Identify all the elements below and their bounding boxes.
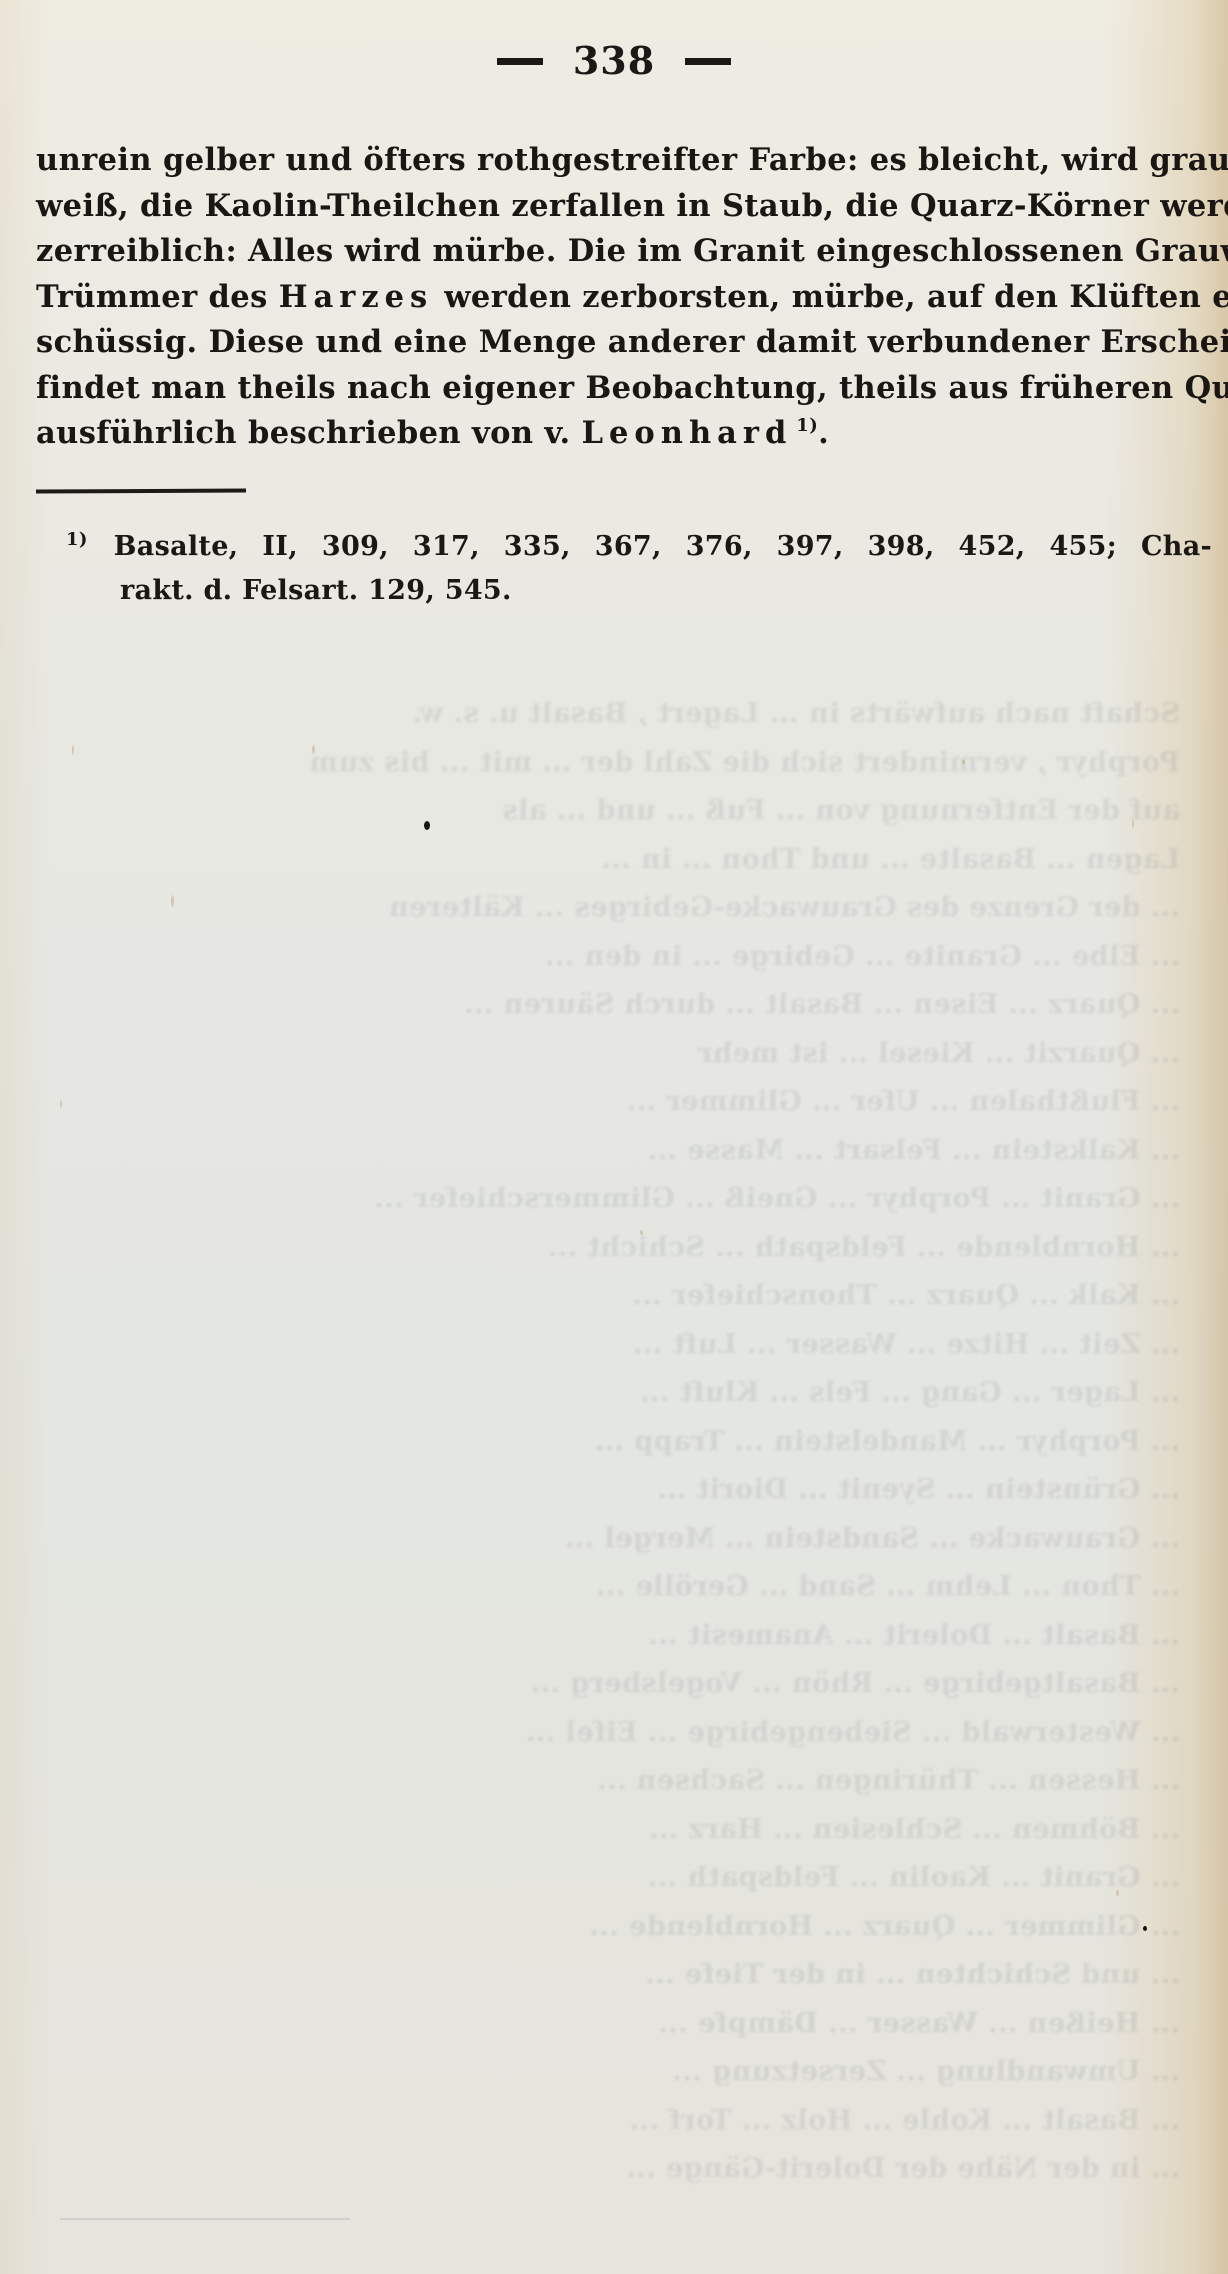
header-dash-right [685,58,731,65]
body-line-2: weiß, die Kaolin-Theilchen zerfallen in … [36,184,1212,230]
body-line-7-start: ausführlich beschrieben von v. [36,415,582,451]
body-line-4-start: Trümmer des [36,279,279,315]
body-line-4-end: werden zerborsten, mürbe, auf den Klüfte… [433,279,1228,315]
page-number: 338 [573,38,655,83]
body-line-7-end: . [818,415,829,451]
footnote: 1) Basalte, II, 309, 317, 335, 367, 376,… [66,518,1212,613]
footnote-reference: 1) [796,415,818,436]
body-paragraph: unrein gelber und öfters rothgestreifter… [36,138,1212,457]
body-line-1: unrein gelber und öfters rothgestreifter… [36,138,1212,184]
footnote-separator-rule [36,488,246,493]
footnote-line-1: 1) Basalte, II, 309, 317, 335, 367, 376,… [66,518,1212,569]
ink-speck [424,821,430,830]
page-header: 338 [0,38,1228,83]
body-line-6: findet man theils nach eigener Beobachtu… [36,366,1212,412]
body-line-3: zerreiblich: Alles wird mürbe. Die im Gr… [36,229,1212,275]
footnote-line-1-text: Basalte, II, 309, 317, 335, 367, 376, 39… [114,531,1212,562]
ink-speck [1143,1926,1147,1931]
scanned-book-page: Schaft nach aufwärts in ... Lagert , Bas… [0,0,1228,2274]
body-line-4: Trümmer des Harzes werden zerborsten, mü… [36,275,1212,321]
footnote-marker: 1) [66,529,88,550]
body-line-7: ausführlich beschrieben von v. Leonhard1… [36,411,1212,457]
emphasized-name-harzes: Harzes [279,279,434,315]
header-dash-left [497,58,543,65]
footnote-line-2: rakt. d. Felsart. 129, 545. [66,569,1212,613]
emphasized-name-leonhard: Leonhard [582,415,793,451]
bleed-through-footnote-rule [60,2218,350,2220]
body-line-5: schüssig. Diese und eine Menge anderer d… [36,320,1212,366]
reverse-side-bleed-through: Schaft nach aufwärts in ... Lagert , Bas… [60,690,1180,2194]
